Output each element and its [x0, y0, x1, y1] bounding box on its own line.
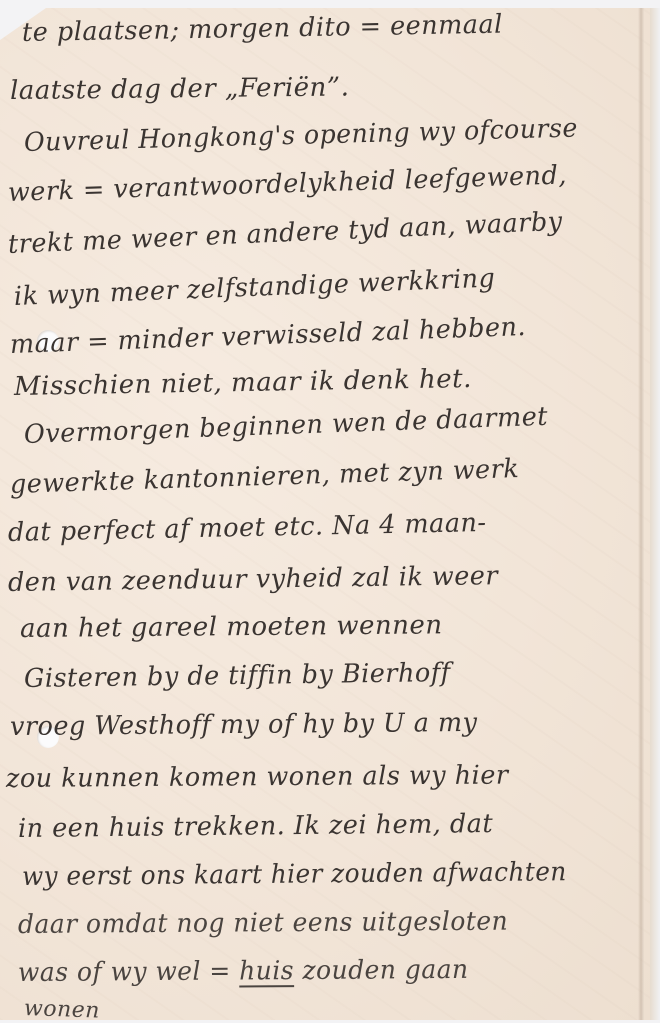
line-text-after: zouden gaan [294, 955, 469, 986]
handwritten-line: Ouvreul Hongkong's opening wy ofcourse [24, 114, 579, 158]
handwritten-line: Misschien niet, maar ik denk het. [14, 364, 472, 402]
handwritten-line: zou kunnen komen wonen als wy hier [6, 760, 509, 794]
line-text-before: was of wy wel = [18, 956, 239, 988]
handwritten-line: laatste dag der „Feriën”. [10, 72, 350, 106]
handwritten-text: te plaatsen; morgen dito = eenmaal laats… [0, 0, 660, 1023]
handwritten-line-with-underline: was of wy wel = huis zouden gaan [18, 955, 469, 988]
handwritten-line: te plaatsen; morgen dito = eenmaal [22, 10, 503, 48]
handwritten-line: maar = minder verwisseld zal hebben. [9, 312, 526, 360]
handwritten-line: Gisteren by de tiffin by Bierhoff [24, 658, 451, 694]
handwritten-line: in een huis trekken. Ik zei hem, dat [18, 809, 493, 844]
handwritten-line: dat perfect af moet etc. Na 4 maan- [8, 508, 487, 548]
handwritten-line: wonen [24, 996, 101, 1023]
handwritten-line: ik wyn meer zelfstandige werkkring [13, 264, 495, 312]
handwritten-line: den van zeenduur vyheid zal ik weer [8, 561, 498, 598]
handwritten-line: trekt me weer en andere tyd aan, waarby [7, 207, 563, 260]
handwritten-line: gewerkte kantonnieren, met zyn werk [10, 454, 520, 500]
handwritten-line: vroeg Westhoff my of hy by U a my [10, 708, 478, 742]
handwritten-line: aan het gareel moeten wennen [20, 610, 443, 644]
handwritten-line: Overmorgen beginnen wen de daarmet [23, 402, 548, 450]
handwritten-line: daar omdat nog niet eens uitgesloten [18, 907, 508, 940]
underlined-word: huis [239, 956, 294, 986]
handwritten-line: werk = verantwoordelykheid leefgewend, [8, 160, 568, 208]
handwritten-line: wy eerst ons kaart hier zouden afwachten [22, 857, 567, 892]
